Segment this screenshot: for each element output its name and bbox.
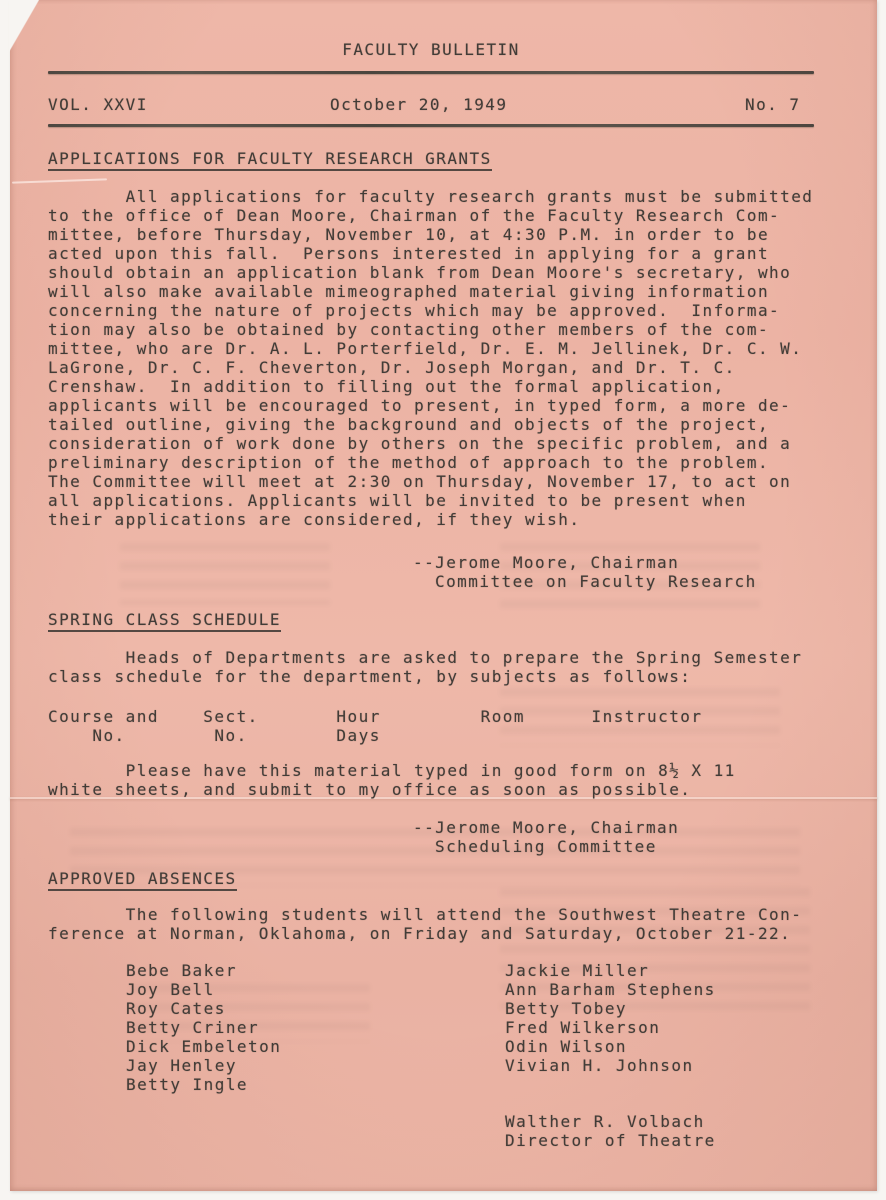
student-name: Fred Wilkerson: [505, 1018, 660, 1037]
signature-role: Committee on Faculty Research: [435, 572, 757, 591]
body-text-line: The following students will attend the S…: [48, 905, 802, 924]
student-name: Joy Bell: [126, 980, 215, 999]
body-text-line: their applications are considered, if th…: [48, 510, 580, 529]
section-heading-text: APPROVED ABSENCES: [48, 869, 237, 891]
horizontal-rule: [48, 71, 814, 74]
student-name: Jay Henley: [126, 1056, 237, 1075]
body-text-line: to the office of Dean Moore, Chairman of…: [48, 206, 780, 225]
schedule-table-header-row: No. No. Days: [48, 726, 381, 745]
signature-name: Walther R. Volbach: [505, 1112, 705, 1131]
signature-role: Scheduling Committee: [435, 837, 657, 856]
horizontal-rule: [48, 124, 814, 127]
signature-name: --Jerome Moore, Chairman: [413, 818, 679, 837]
bulletin-title: FACULTY BULLETIN: [48, 40, 814, 59]
body-text-line: Heads of Departments are asked to prepar…: [48, 648, 802, 667]
body-text-line: consideration of work done by others on …: [48, 434, 791, 453]
body-text-line: Crenshaw. In addition to filling out the…: [48, 377, 725, 396]
student-name: Jackie Miller: [505, 961, 649, 980]
body-text-line: LaGrone, Dr. C. F. Cheverton, Dr. Joseph…: [48, 358, 736, 377]
corner-notch: [9, 0, 39, 52]
body-text-line: concerning the nature of projects which …: [48, 301, 780, 320]
student-name: Ann Barham Stephens: [505, 980, 716, 999]
signature-role: Director of Theatre: [505, 1131, 716, 1150]
student-name: Bebe Baker: [126, 961, 237, 980]
issue-number: No. 7: [745, 95, 800, 114]
issue-date: October 20, 1949: [330, 95, 508, 114]
body-text-line: Please have this material typed in good …: [48, 761, 736, 780]
student-name: Betty Ingle: [126, 1075, 248, 1094]
body-text-line: will also make available mimeographed ma…: [48, 282, 769, 301]
student-name: Dick Embeleton: [126, 1037, 281, 1056]
student-name: Betty Tobey: [505, 999, 627, 1018]
schedule-table-header-row: Course and Sect. Hour Room Instructor: [48, 707, 702, 726]
body-text-line: applicants will be encouraged to present…: [48, 396, 791, 415]
volume-label: VOL. XXVI: [48, 95, 148, 114]
body-text-line: All applications for faculty research gr…: [48, 187, 813, 206]
body-text-line: ference at Norman, Oklahoma, on Friday a…: [48, 924, 791, 943]
section-heading-research-grants: APPLICATIONS FOR FACULTY RESEARCH GRANTS: [48, 149, 492, 168]
body-text-line: mittee, before Thursday, November 10, at…: [48, 225, 769, 244]
student-name: Roy Cates: [126, 999, 226, 1018]
student-name: Vivian H. Johnson: [505, 1056, 694, 1075]
body-text-line: The Committee will meet at 2:30 on Thurs…: [48, 472, 791, 491]
body-text-line: white sheets, and submit to my office as…: [48, 780, 691, 799]
body-text-line: should obtain an application blank from …: [48, 263, 791, 282]
student-name: Odin Wilson: [505, 1037, 627, 1056]
signature-name: --Jerome Moore, Chairman: [413, 553, 679, 572]
bleed-through-smudge: [120, 543, 330, 605]
body-text-line: tailed outline, giving the background an…: [48, 415, 769, 434]
body-text-line: preliminary description of the method of…: [48, 453, 769, 472]
student-name: Betty Criner: [126, 1018, 259, 1037]
body-text-line: tion may also be obtained by contacting …: [48, 320, 769, 339]
body-text-line: all applications. Applicants will be inv…: [48, 491, 747, 510]
section-heading-text: APPLICATIONS FOR FACULTY RESEARCH GRANTS: [48, 149, 492, 171]
body-text-line: class schedule for the department, by su…: [48, 667, 691, 686]
body-text-line: mittee, who are Dr. A. L. Porterfield, D…: [48, 339, 802, 358]
body-text-line: acted upon this fall. Persons interested…: [48, 244, 769, 263]
scanned-page: FACULTY BULLETIN VOL. XXVI October 20, 1…: [0, 0, 886, 1200]
section-heading-approved-absences: APPROVED ABSENCES: [48, 869, 237, 888]
section-heading-spring-schedule: SPRING CLASS SCHEDULE: [48, 610, 281, 629]
section-heading-text: SPRING CLASS SCHEDULE: [48, 610, 281, 632]
